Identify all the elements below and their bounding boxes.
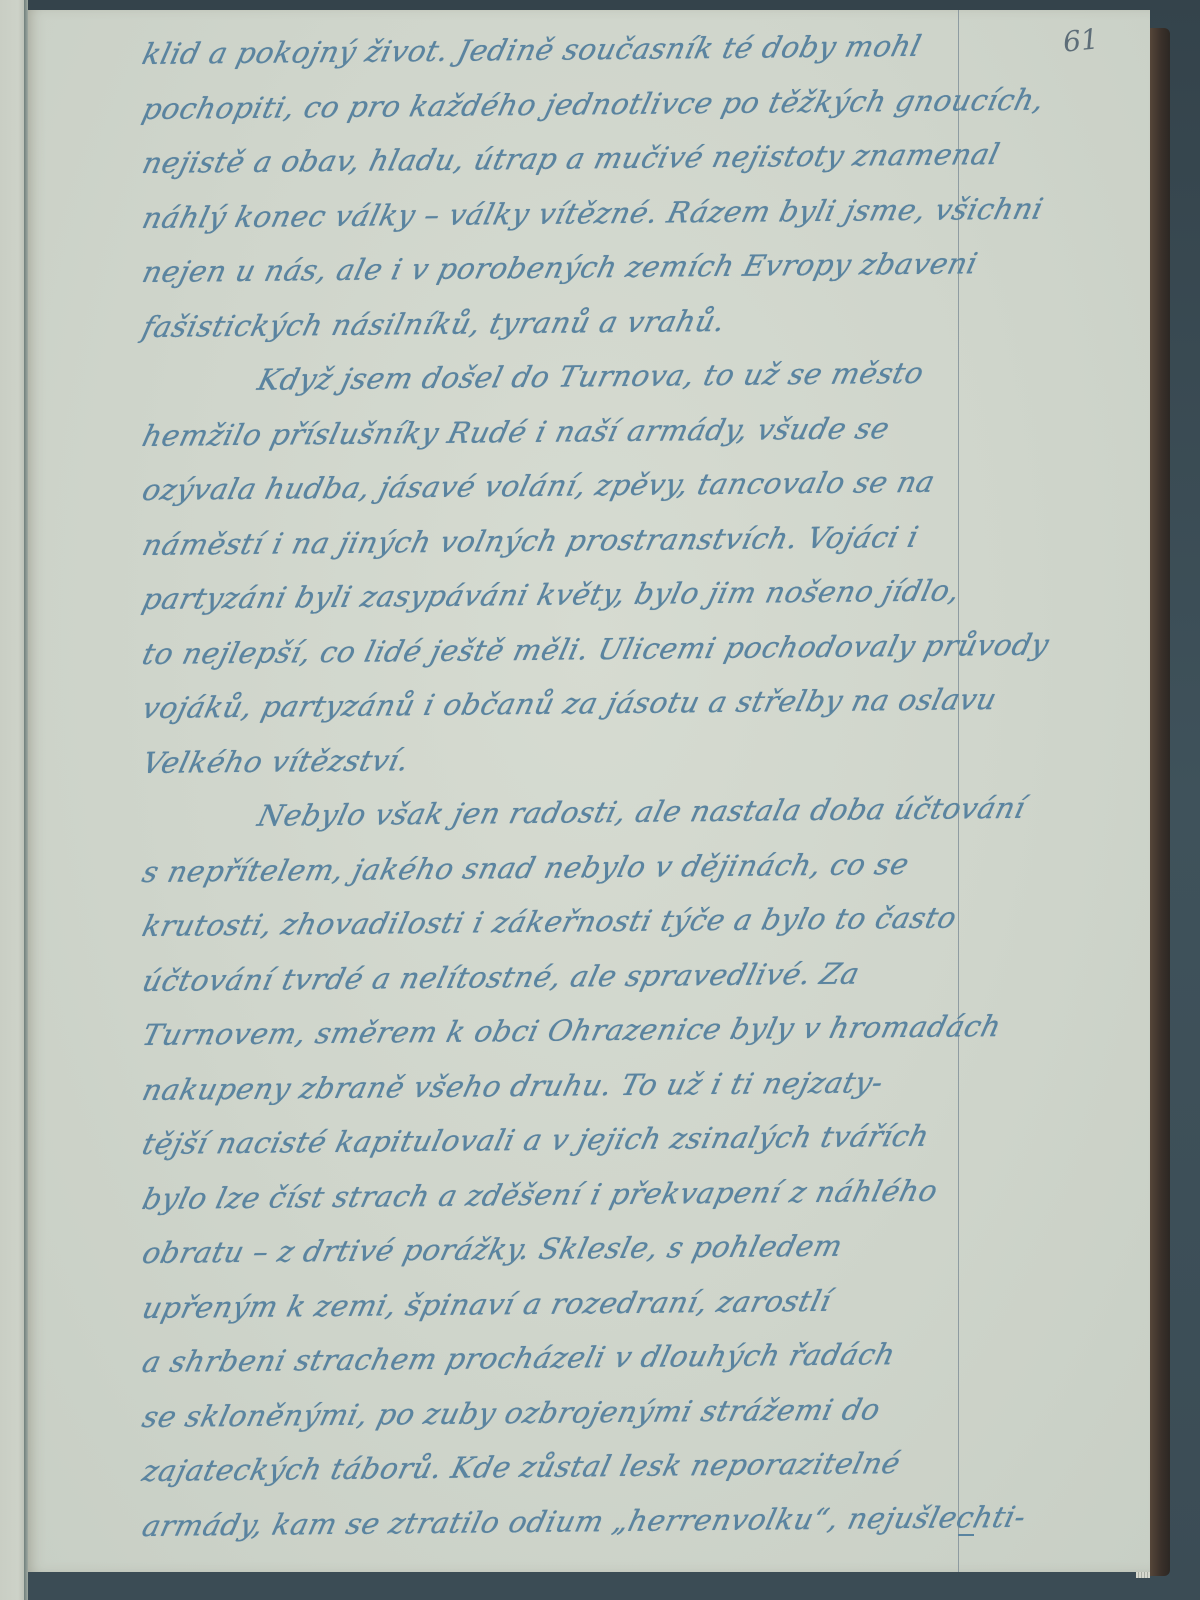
hyphen-continuation-mark bbox=[958, 1534, 974, 1536]
scanned-book-spread: 61 klid a pokojný život. Jedině současní… bbox=[0, 0, 1200, 1600]
text-line: bylo lze číst strach a zděšení i překvap… bbox=[133, 1176, 978, 1239]
facing-page-edge bbox=[0, 0, 26, 1600]
handwritten-text-block: klid a pokojný život. Jedině současník t… bbox=[140, 40, 970, 1566]
manuscript-page: 61 klid a pokojný život. Jedině současní… bbox=[28, 10, 1150, 1572]
book-cover-edge bbox=[1148, 28, 1170, 1576]
page-number: 61 bbox=[1061, 22, 1100, 59]
text-line: nejen u nás, ale i v porobených zemích E… bbox=[133, 249, 978, 312]
text-line: vojáků, partyzánů i občanů za jásotu a s… bbox=[133, 685, 978, 748]
text-line: obratu – z drtivé porážky. Sklesle, s po… bbox=[133, 1230, 978, 1293]
text-line: armády, kam se ztratilo odium „herrenvol… bbox=[133, 1503, 978, 1566]
